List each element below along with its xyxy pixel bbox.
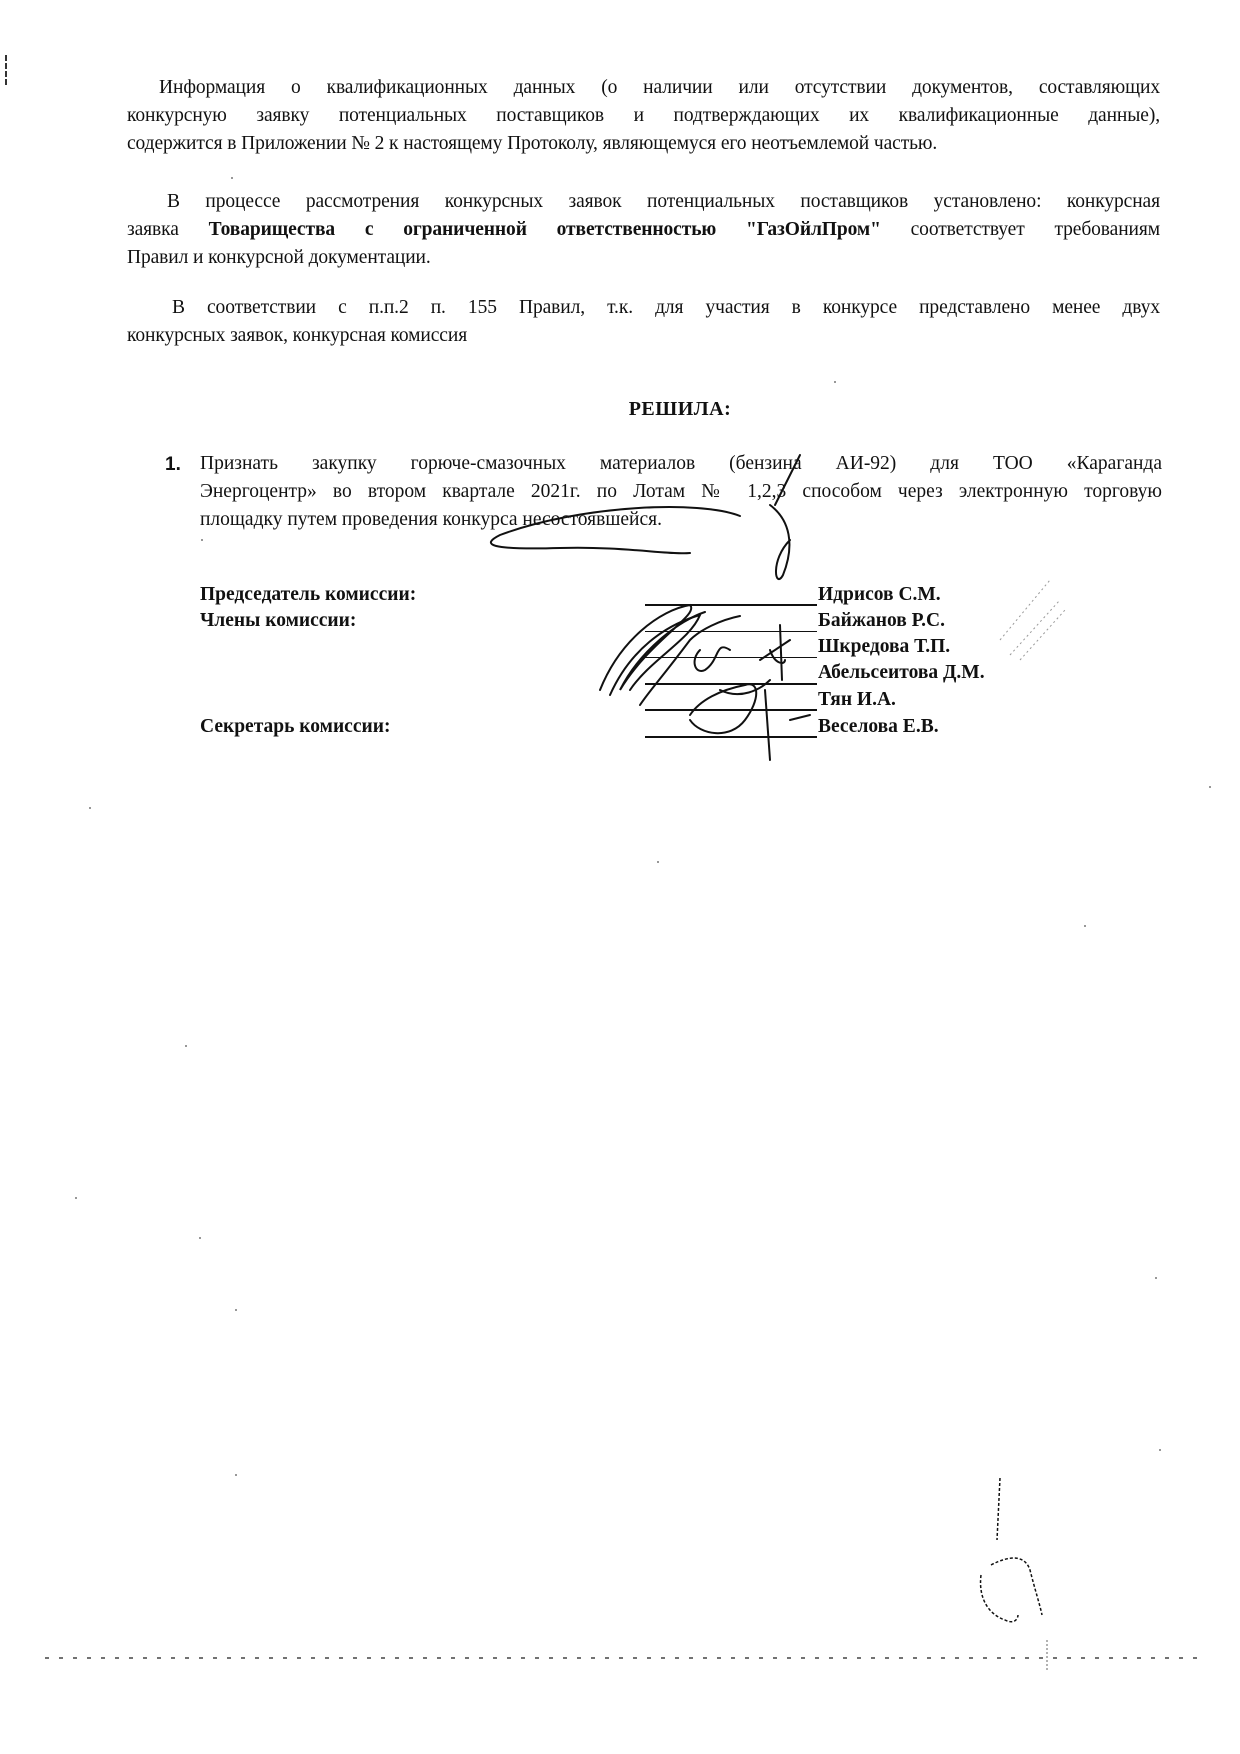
paragraph-line: конкурсную заявку потенциальных поставщи…	[127, 102, 1160, 130]
paragraph-qualification-info: Информация о квалификационных данных (о …	[127, 74, 1160, 158]
decision-number: 1.	[165, 451, 181, 479]
paragraph-line: заявка Товарищества с ограниченной ответ…	[127, 216, 1160, 244]
paragraph-line: Правил и конкурсной документации.	[127, 244, 1160, 272]
scan-edge-mark	[5, 55, 8, 85]
members-label: Члены комиссии:	[200, 610, 356, 632]
decision-heading: РЕШИЛА:	[60, 398, 1240, 421]
signatory-name: Тян И.А.	[818, 689, 896, 711]
document-page: Информация о квалификационных данных (о …	[0, 0, 1240, 1754]
paragraph-line: содержится в Приложении № 2 к настоящему…	[127, 130, 1160, 158]
signature-line	[645, 657, 817, 658]
paragraph-line: конкурсных заявок, конкурсная комиссия	[127, 322, 1160, 350]
signature-line	[645, 709, 817, 711]
chairman-label: Председатель комиссии:	[200, 584, 416, 606]
decision-line: Энергоцентр» во втором квартале 2021г. п…	[200, 478, 1162, 506]
secretary-label: Секретарь комиссии:	[200, 716, 390, 738]
decision-line: площадку путем проведения конкурса несос…	[200, 506, 1162, 534]
signatory-name: Шкредова Т.П.	[818, 636, 950, 658]
signature-line	[645, 736, 817, 738]
signatory-name: Веселова Е.В.	[818, 716, 939, 738]
paragraph-line: В процессе рассмотрения конкурсных заяво…	[127, 188, 1160, 216]
signatory-name: Байжанов Р.С.	[818, 610, 945, 632]
decision-text: Признать закупку горюче-смазочных матери…	[200, 450, 1162, 534]
signatory-name: Абельсеитова Д.М.	[818, 662, 985, 684]
text: заявка	[127, 219, 209, 240]
paragraph-rules-reference: В соответствии с п.п.2 п. 155 Правил, т.…	[127, 294, 1160, 350]
text: соответствует требованиям	[881, 219, 1160, 240]
signatory-name: Идрисов С.М.	[818, 584, 941, 606]
company-name: Товарищества с ограниченной ответственно…	[209, 219, 881, 240]
signature-line	[645, 631, 817, 632]
signature-line	[645, 683, 817, 685]
paragraph-line: Информация о квалификационных данных (о …	[127, 74, 1160, 102]
signature-line	[645, 604, 817, 606]
decision-line: Признать закупку горюче-смазочных матери…	[200, 450, 1162, 478]
paragraph-review-result: В процессе рассмотрения конкурсных заяво…	[127, 188, 1160, 272]
paragraph-line: В соответствии с п.п.2 п. 155 Правил, т.…	[127, 294, 1160, 322]
